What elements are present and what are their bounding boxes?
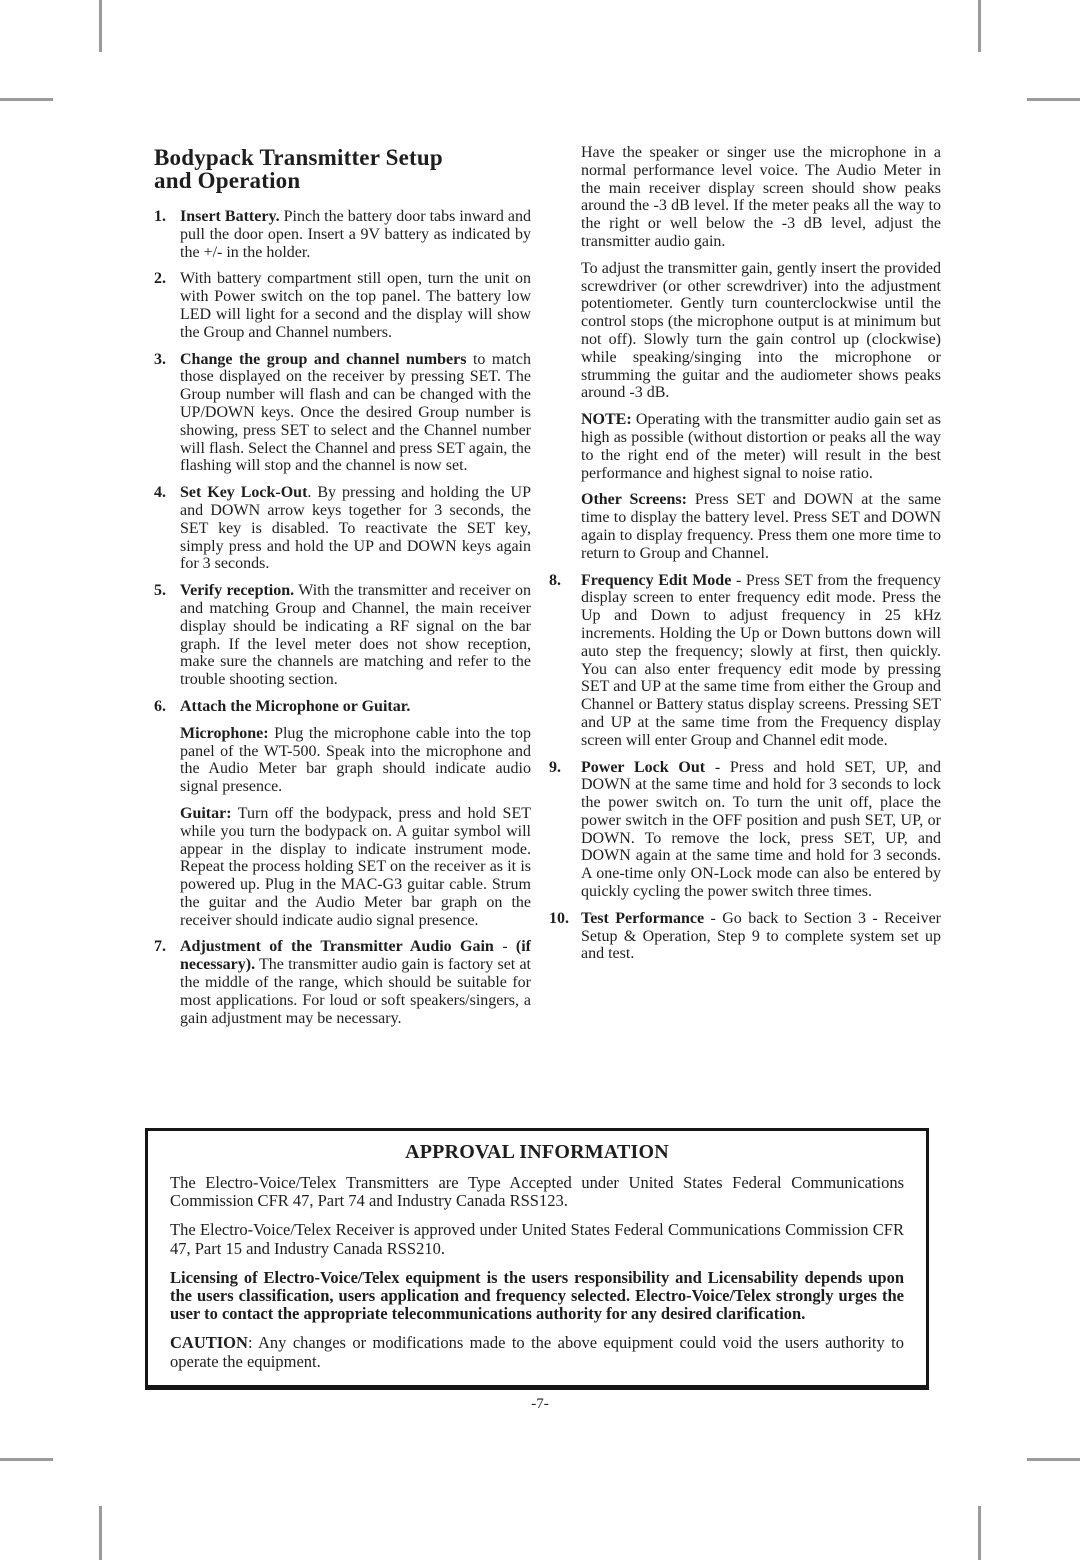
step-6: 6. Attach the Microphone or Guitar. — [154, 698, 531, 716]
section-heading-line2: and Operation — [154, 169, 531, 192]
crop-mark-bottom-left-vertical — [99, 1506, 102, 1560]
note-paragraph: NOTE: Operating with the transmitter aud… — [549, 411, 941, 482]
other-screens-text: Other Screens: Press SET and DOWN at the… — [581, 491, 941, 561]
approval-paragraph-receiver-text: The Electro-Voice/Telex Receiver is appr… — [170, 1220, 904, 1257]
gain-paragraph-2: To adjust the transmitter gain, gently i… — [549, 260, 941, 402]
step-6-text: Attach the Microphone or Guitar. — [180, 698, 410, 715]
gain-paragraph-1-text: Have the speaker or singer use the micro… — [581, 144, 941, 250]
step-8-number: 8. — [549, 572, 561, 590]
step-2: 2. With battery compartment still open, … — [154, 270, 531, 341]
step-4-number: 4. — [154, 484, 166, 502]
gain-paragraph-2-text: To adjust the transmitter gain, gently i… — [581, 260, 941, 402]
step-10-text: Test Performance - Go back to Section 3 … — [581, 910, 941, 963]
step-8: 8. Frequency Edit Mode - Press SET from … — [549, 572, 941, 750]
crop-mark-top-right-vertical — [978, 0, 981, 52]
crop-mark-top-right-horizontal — [1027, 98, 1080, 101]
step-6-microphone-paragraph: Microphone: Plug the microphone cable in… — [154, 725, 531, 796]
step-6-guitar-paragraph: Guitar: Turn off the bodypack, press and… — [154, 805, 531, 930]
note-paragraph-text: NOTE: Operating with the transmitter aud… — [581, 411, 941, 481]
approval-paragraph-transmitters: The Electro-Voice/Telex Transmitters are… — [170, 1174, 904, 1210]
left-column: Bodypack Transmitter Setup and Operation… — [154, 146, 531, 1036]
step-6-microphone-text: Microphone: Plug the microphone cable in… — [180, 725, 531, 795]
other-screens-paragraph: Other Screens: Press SET and DOWN at the… — [549, 491, 941, 562]
approval-paragraph-licensing: Licensing of Electro-Voice/Telex equipme… — [170, 1269, 904, 1324]
crop-mark-top-left-horizontal — [0, 98, 53, 101]
step-1-text: Insert Battery. Pinch the battery door t… — [180, 208, 531, 261]
step-3: 3. Change the group and channel numbers … — [154, 351, 531, 476]
page-number: -7- — [0, 1396, 1080, 1413]
approval-paragraph-caution-text: CAUTION: Any changes or modifications ma… — [170, 1333, 904, 1370]
step-4-text: Set Key Lock-Out. By pressing and holdin… — [180, 484, 531, 572]
step-6-number: 6. — [154, 698, 166, 716]
step-7: 7. Adjustment of the Transmitter Audio G… — [154, 938, 531, 1027]
step-3-text: Change the group and channel numbers to … — [180, 351, 531, 475]
step-2-number: 2. — [154, 270, 166, 288]
approval-paragraph-caution: CAUTION: Any changes or modifications ma… — [170, 1334, 904, 1370]
approval-paragraph-transmitters-text: The Electro-Voice/Telex Transmitters are… — [170, 1173, 904, 1210]
step-1: 1. Insert Battery. Pinch the battery doo… — [154, 208, 531, 261]
step-6-guitar-text: Guitar: Turn off the bodypack, press and… — [180, 805, 531, 929]
step-10: 10. Test Performance - Go back to Sectio… — [549, 910, 941, 963]
approval-title: APPROVAL INFORMATION — [170, 1140, 904, 1164]
right-column: Have the speaker or singer use the micro… — [549, 144, 941, 972]
step-2-text: With battery compartment still open, tur… — [180, 270, 531, 340]
approval-paragraph-licensing-text: Licensing of Electro-Voice/Telex equipme… — [170, 1268, 904, 1323]
step-3-number: 3. — [154, 351, 166, 369]
gain-paragraph-1: Have the speaker or singer use the micro… — [549, 144, 941, 251]
step-7-number: 7. — [154, 938, 166, 956]
approval-information-box: APPROVAL INFORMATION The Electro-Voice/T… — [145, 1128, 929, 1390]
step-7-text: Adjustment of the Transmitter Audio Gain… — [180, 938, 531, 1026]
step-9-number: 9. — [549, 759, 561, 777]
section-heading-line1: Bodypack Transmitter Setup — [154, 146, 531, 169]
step-10-number: 10. — [549, 910, 569, 928]
step-4: 4. Set Key Lock-Out. By pressing and hol… — [154, 484, 531, 573]
crop-mark-top-left-vertical — [99, 0, 102, 52]
approval-paragraph-receiver: The Electro-Voice/Telex Receiver is appr… — [170, 1221, 904, 1257]
crop-mark-bottom-right-vertical — [978, 1506, 981, 1560]
step-5-number: 5. — [154, 582, 166, 600]
step-9-text: Power Lock Out - Press and hold SET, UP,… — [581, 759, 941, 901]
step-8-text: Frequency Edit Mode - Press SET from the… — [581, 572, 941, 749]
step-9: 9. Power Lock Out - Press and hold SET, … — [549, 759, 941, 901]
crop-mark-bottom-left-horizontal — [0, 1458, 53, 1461]
step-1-number: 1. — [154, 208, 166, 226]
section-heading: Bodypack Transmitter Setup and Operation — [154, 146, 531, 192]
step-5: 5. Verify reception. With the transmitte… — [154, 582, 531, 689]
crop-mark-bottom-right-horizontal — [1027, 1458, 1080, 1461]
step-5-text: Verify reception. With the transmitter a… — [180, 582, 531, 688]
manual-page: { "page": { "number": "-7-" }, "left_col… — [0, 0, 1080, 1560]
